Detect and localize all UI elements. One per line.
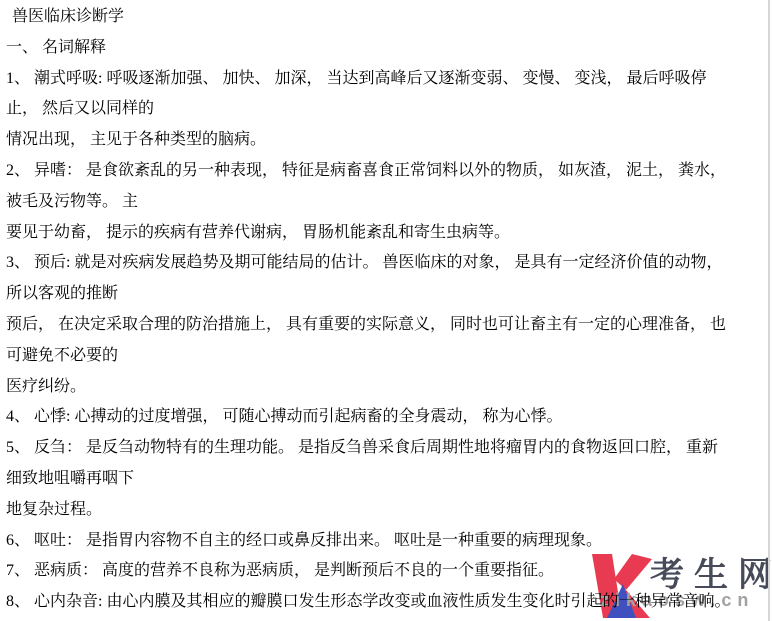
text-line: 所以客观的推断 bbox=[6, 279, 772, 310]
text-line: 情况出现， 主见于各种类型的脑病。 bbox=[6, 125, 772, 156]
text-line: 止， 然后又以同样的 bbox=[6, 94, 772, 125]
document-title: 兽医临床诊断学 bbox=[6, 2, 772, 33]
text-line: 7、 恶病质： 高度的营养不良称为恶病质， 是判断预后不良的一个重要指征。 bbox=[6, 556, 772, 587]
text-line: 细致地咀嚼再咽下 bbox=[6, 464, 772, 495]
text-line: 1、 潮式呼吸: 呼吸逐渐加强、 加快、 加深， 当达到高峰后又逐渐变弱、 变慢… bbox=[6, 64, 772, 95]
text-line: 8、 心内杂音: 由心内膜及其相应的瓣膜口发生形态学改变或血液性质发生变化时引起… bbox=[6, 587, 772, 618]
text-line: 要见于幼畜， 提示的疾病有营养代谢病， 胃肠机能紊乱和寄生虫病等。 bbox=[6, 218, 772, 249]
text-line: 可避免不必要的 bbox=[6, 341, 772, 372]
text-line: 被毛及污物等。 主 bbox=[6, 187, 772, 218]
document-body: 兽医临床诊断学 一、 名词解释 1、 潮式呼吸: 呼吸逐渐加强、 加快、 加深，… bbox=[0, 0, 772, 618]
text-line: 6、 呕吐： 是指胃内容物不自主的经口或鼻反排出来。 呕吐是一种重要的病理现象。 bbox=[6, 526, 772, 557]
text-line: 5、 反刍： 是反刍动物特有的生理功能。 是指反刍兽采食后周期性地将瘤胃内的食物… bbox=[6, 433, 772, 464]
text-line: 2、 异嗜： 是食欲紊乱的另一种表现， 特征是病畜喜食正常饲料以外的物质， 如灰… bbox=[6, 156, 772, 187]
text-line: 医疗纠纷。 bbox=[6, 372, 772, 403]
section-heading: 一、 名词解释 bbox=[6, 33, 772, 64]
text-line: 地复杂过程。 bbox=[6, 495, 772, 526]
document-page: 考生网 zikaosw.cn 兽医临床诊断学 一、 名词解释 1、 潮式呼吸: … bbox=[0, 0, 772, 621]
text-line: 3、 预后: 就是对疾病发展趋势及期可能结局的估计。 兽医临床的对象， 是具有一… bbox=[6, 248, 772, 279]
text-line: 4、 心悸: 心搏动的过度增强， 可随心搏动而引起病畜的全身震动， 称为心悸。 bbox=[6, 402, 772, 433]
text-line: 预后， 在决定采取合理的防治措施上， 具有重要的实际意义， 同时也可让畜主有一定… bbox=[6, 310, 772, 341]
window-right-border bbox=[768, 0, 770, 621]
